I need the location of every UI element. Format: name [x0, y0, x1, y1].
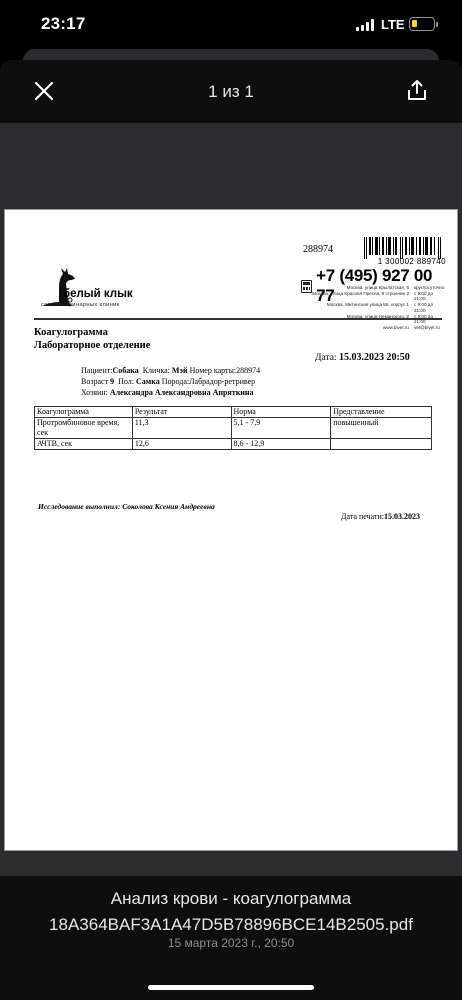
patient-line-2: Возраст 9 Пол: Самка Порода:Лабрадор-рет…: [81, 376, 260, 387]
analysis-date: Дата: 15.03.2023 20:50: [315, 352, 410, 363]
home-indicator[interactable]: [148, 985, 314, 990]
patient-line-3: Хозяин: Александра Александровна Апрятки…: [81, 387, 260, 398]
battery-icon: [409, 17, 435, 31]
table-header: Представление: [331, 407, 432, 418]
battery-cap: [436, 22, 438, 27]
table-cell: 5,1 - 7,9: [231, 418, 331, 439]
clinic-addresses: Москва, улица Крылатская, 5круглосуточно…: [235, 285, 443, 331]
document-title-block: Коагулограмма Лабораторное отделение: [34, 326, 150, 352]
print-date: Дата печати:15.03.2023: [341, 512, 420, 521]
barcode-icon: [364, 237, 442, 259]
battery-level: [412, 20, 417, 27]
file-date: 15 марта 2023 г., 20:50: [0, 936, 462, 950]
table-row: Протромбиновое время, сек 11,3 5,1 - 7,9…: [35, 418, 432, 439]
viewer-nav-bar: 1 из 1: [0, 60, 462, 123]
address-row: Москва, улица Красная Пресня, 8 строение…: [235, 291, 443, 302]
address-row: www.bivet.ruvet@bivet.ru: [235, 325, 443, 331]
table-cell: [331, 439, 432, 450]
header-divider: [34, 318, 442, 320]
table-cell: АЧТВ, сек: [35, 439, 133, 450]
clinic-name: белый клык: [63, 288, 133, 300]
patient-line-1: Пациент:Собака Кличка: Мэй Номер карты:2…: [81, 365, 260, 376]
patient-info: Пациент:Собака Кличка: Мэй Номер карты:2…: [81, 365, 260, 398]
performed-by: Исследование выполнил: Соколова Ксения А…: [38, 502, 215, 511]
table-cell: Протромбиновое время, сек: [35, 418, 133, 439]
network-type: LTE: [381, 17, 405, 32]
table-cell: повышенный: [331, 418, 432, 439]
pdf-page: 288974 1 300002 889740 +7 (495) 927 00 7…: [4, 209, 458, 851]
file-name: 18A364BAF3A1A47D5B78896BCE14B2505.pdf: [0, 915, 462, 935]
table-cell: 8,6 - 12,9: [231, 439, 331, 450]
table-cell: 11,3: [132, 418, 231, 439]
department: Лабораторное отделение: [34, 339, 150, 352]
signal-icon: [356, 19, 374, 31]
table-cell: 12,6: [132, 439, 231, 450]
address-row: Москва, Митинская улица 55, корпус 1с 9:…: [235, 302, 443, 313]
share-button[interactable]: [406, 78, 428, 102]
page-indicator: 1 из 1: [0, 82, 462, 102]
document-name: Анализ крови - коагулограмма: [0, 889, 462, 909]
barcode-digits: 1 300002 889740: [350, 257, 446, 266]
share-icon: [406, 78, 428, 102]
table-header: Коагулограмма: [35, 407, 133, 418]
table-header: Норма: [231, 407, 331, 418]
table-header: Результат: [132, 407, 231, 418]
status-bar: 23:17 LTE: [0, 0, 462, 50]
clinic-subtitle: сеть ветеринарных клиник: [41, 302, 119, 308]
table-header-row: Коагулограмма Результат Норма Представле…: [35, 407, 432, 418]
results-table: Коагулограмма Результат Норма Представле…: [34, 406, 432, 450]
card-number-header: 288974: [303, 244, 333, 255]
document-title: Коагулограмма: [34, 326, 150, 339]
table-row: АЧТВ, сек 12,6 8,6 - 12,9: [35, 439, 432, 450]
status-time: 23:17: [41, 14, 85, 34]
